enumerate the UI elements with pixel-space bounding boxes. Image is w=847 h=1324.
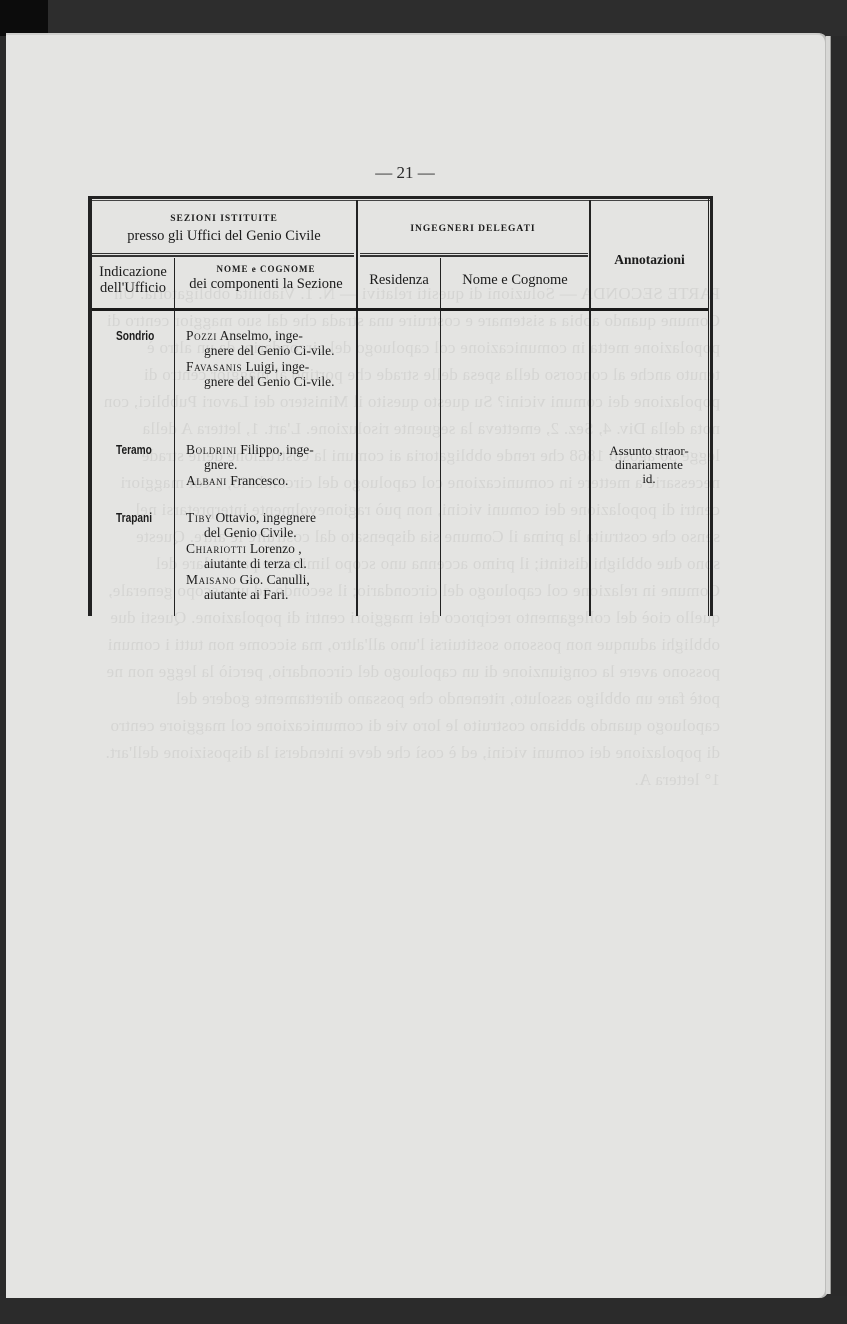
- table-left-border: [88, 196, 92, 616]
- componenti-trapani: Tiby Ottavio, ingegnere del Genio Civile…: [186, 510, 356, 603]
- rule-under-headers: [92, 308, 708, 311]
- table-top-border: [88, 196, 713, 201]
- componente-entry: Favasanis Luigi, inge- gnere del Genio C…: [186, 359, 356, 389]
- header-nome-cognome-componenti: NOME e COGNOME dei componenti la Sezione: [176, 264, 356, 292]
- componente-entry: Tiby Ottavio, ingegnere del Genio Civile…: [186, 510, 356, 540]
- header-indicazione-ufficio: Indicazione dell'Ufficio: [92, 264, 174, 296]
- page-number: — 21 —: [360, 163, 450, 183]
- componente-entry: Chiariotti Lorenzo , aiutante di terza c…: [186, 541, 356, 571]
- rule-under-ingegneri: [360, 253, 588, 257]
- divider-residenza-nome: [440, 258, 441, 616]
- scan-background-corner: [0, 0, 48, 36]
- rule-under-sezioni: [92, 253, 354, 257]
- componenti-teramo: Boldrini Filippo, inge- gnere. Albani Fr…: [186, 442, 356, 489]
- header-residenza: Residenza: [358, 272, 440, 288]
- divider-indicazione-nome: [174, 258, 175, 616]
- componente-entry: Pozzi Anselmo, inge- gnere del Genio Ci-…: [186, 328, 356, 358]
- header-annotazioni: Annotazioni: [591, 252, 708, 268]
- scan-background-bottom: [0, 1296, 847, 1324]
- componente-entry: Boldrini Filippo, inge- gnere.: [186, 442, 356, 472]
- ufficio-sondrio: Sondrio: [116, 328, 154, 343]
- annotazione-teramo: Assunto straor- dinariamente id.: [590, 444, 708, 486]
- scan-background-top: [0, 0, 847, 36]
- header-nome-cognome-delegati: Nome e Cognome: [442, 272, 588, 288]
- header-sezioni-istituite: SEZIONI ISTITUITE presso gli Uffici del …: [92, 214, 356, 244]
- page-edge: [826, 36, 831, 1294]
- componente-entry: Maisano Gio. Canulli, aiutante ai Fari.: [186, 572, 356, 602]
- ufficio-teramo: Teramo: [116, 442, 152, 457]
- componenti-sondrio: Pozzi Anselmo, inge- gnere del Genio Ci-…: [186, 328, 356, 390]
- ufficio-trapani: Trapani: [116, 510, 152, 525]
- header-ingegneri-delegati: INGEGNERI DELEGATI: [358, 224, 588, 234]
- table-right-border: [708, 196, 713, 616]
- sections-table: SEZIONI ISTITUITE presso gli Uffici del …: [88, 196, 714, 616]
- divider-sezioni-ingegneri: [356, 200, 358, 616]
- componente-entry: Albani Francesco.: [186, 473, 356, 488]
